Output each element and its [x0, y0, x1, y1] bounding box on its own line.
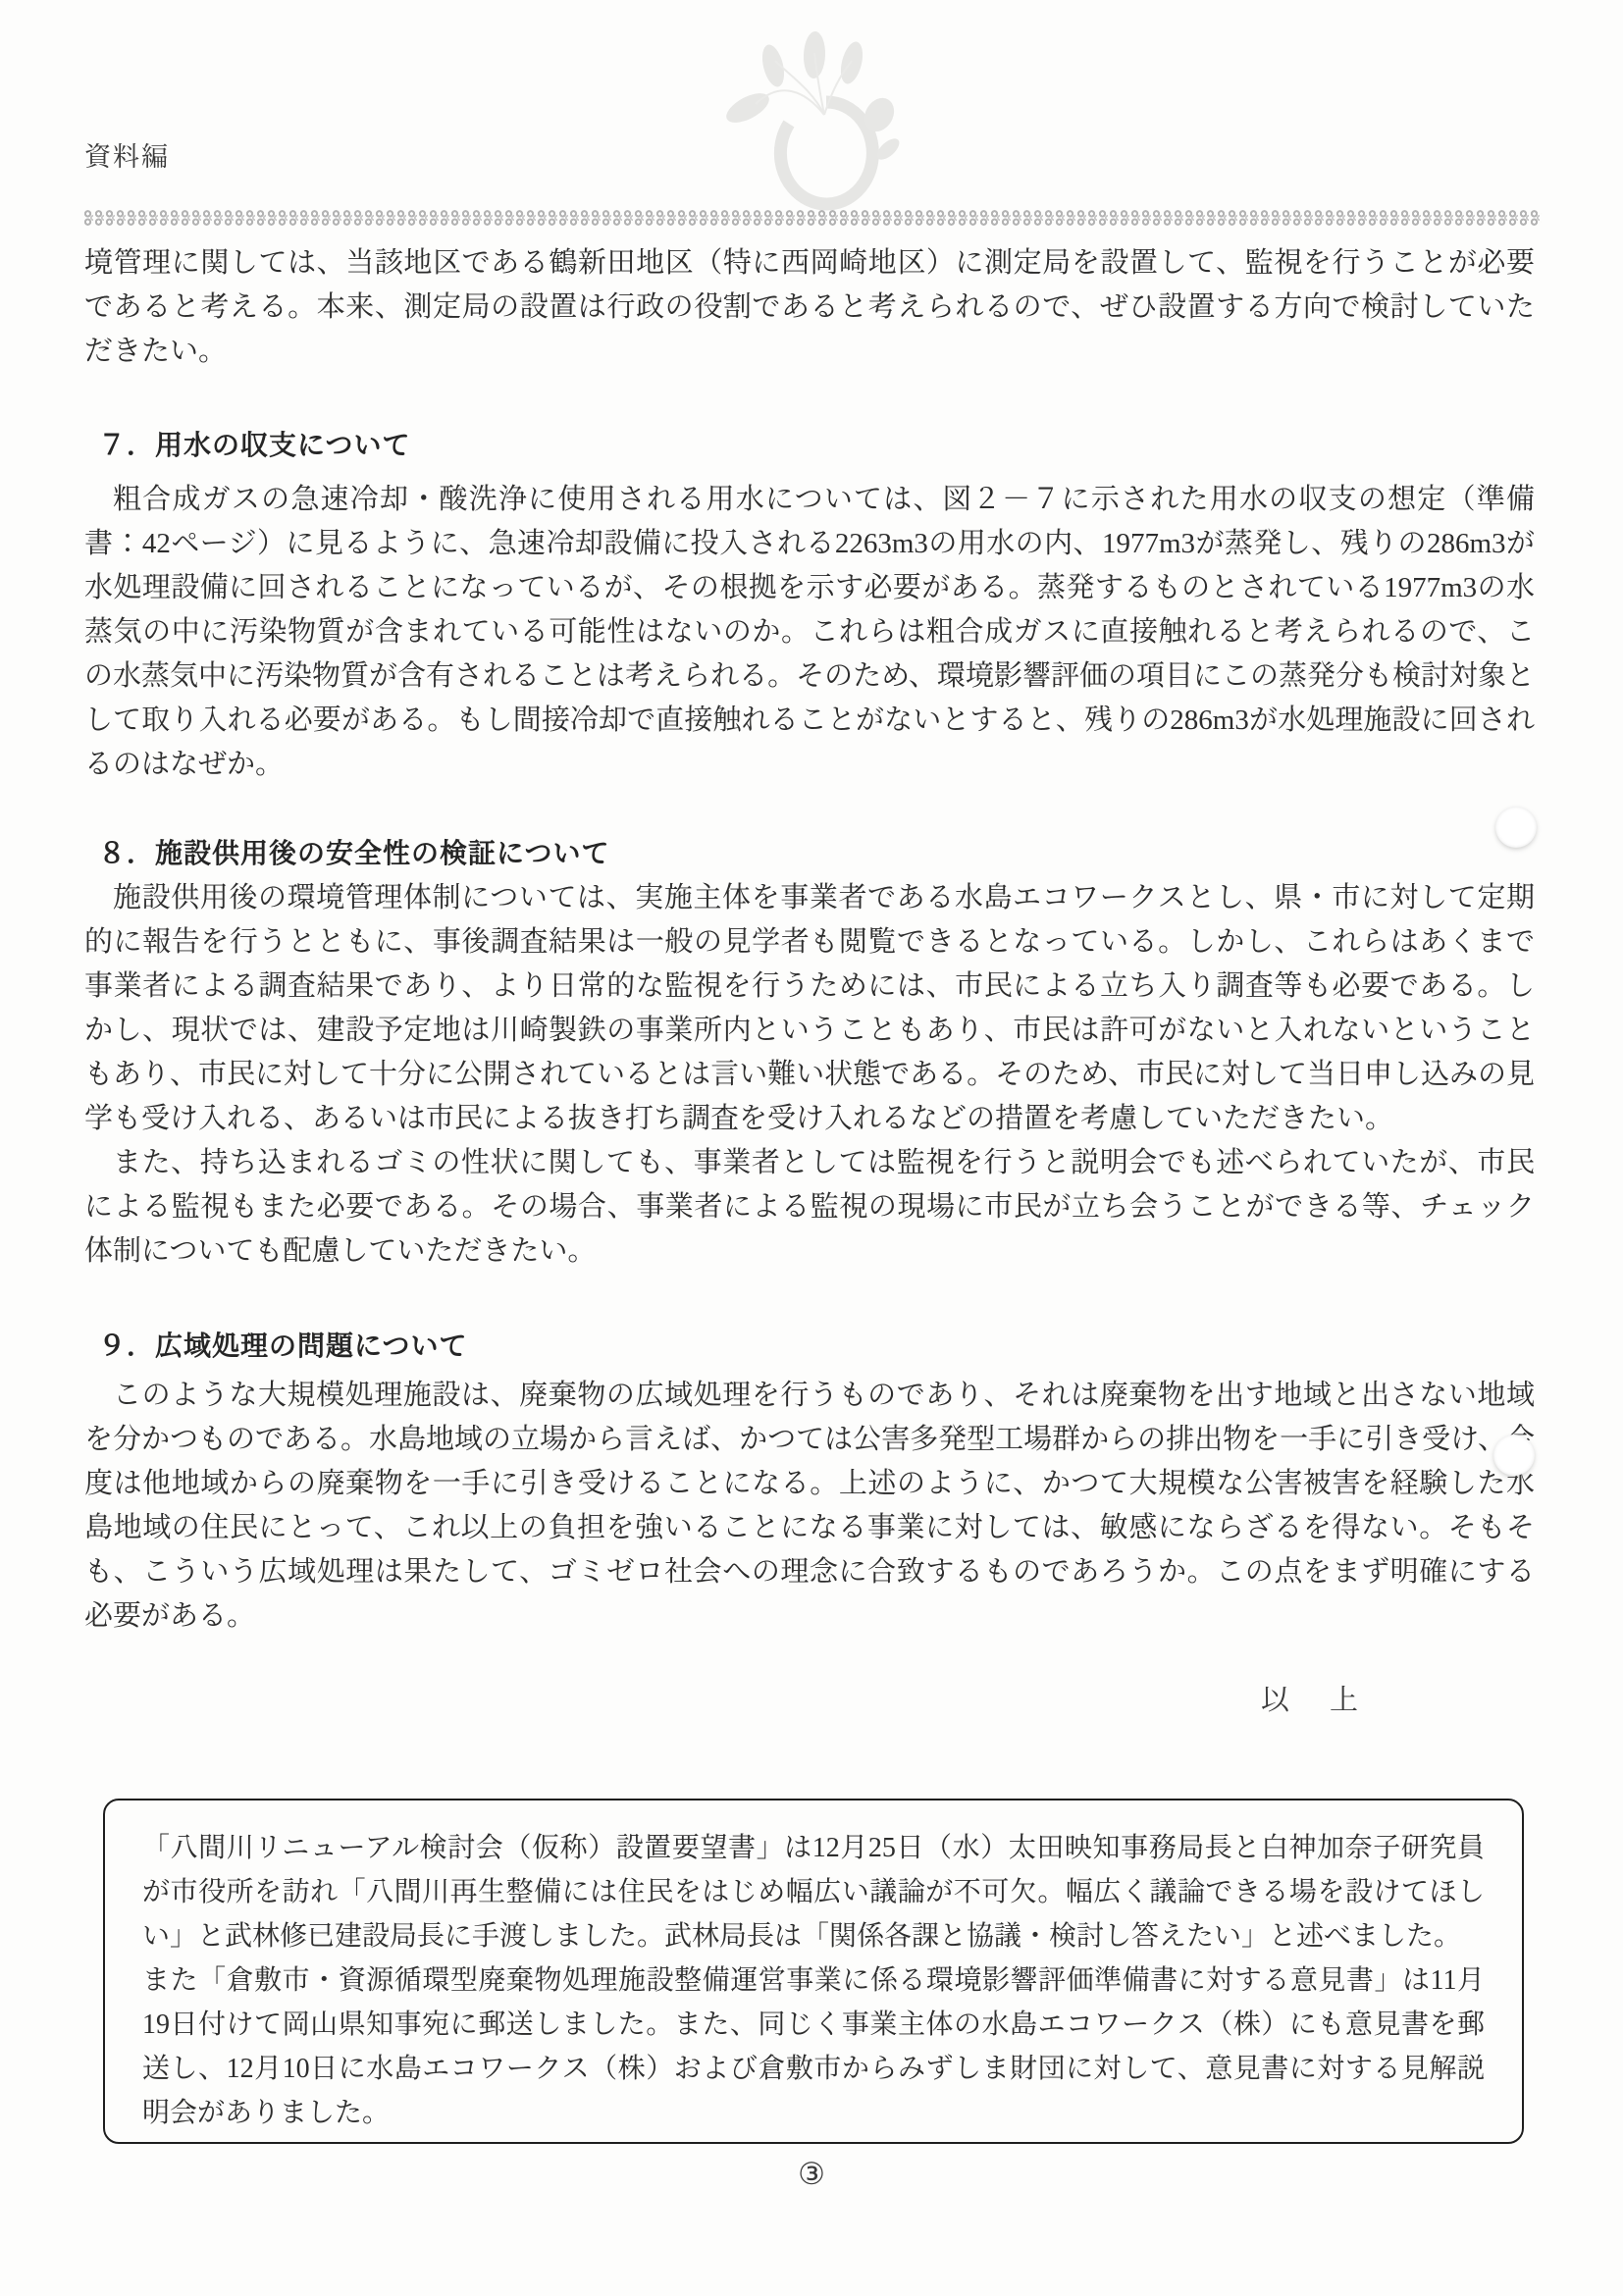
- leaf-sprout-watermark-icon: [687, 22, 932, 213]
- closing-label: 以 上: [1261, 1678, 1364, 1718]
- page-title: 資料編: [84, 135, 170, 174]
- document-page: 資料編 境管理に関しては、当該地区である鶴新田地区（特に西岡崎地区）に測定局を設…: [0, 0, 1623, 2296]
- section-8-heading: ８．施設供用後の安全性の検証について: [98, 832, 609, 871]
- section-8-paragraph-2: また、持ち込まれるゴミの性状に関しても、事業者としては監視を行うと説明会でも述べ…: [84, 1141, 1535, 1274]
- notice-box-paragraph-2: また「倉敷市・資源循環型廃棄物処理施設整備運営事業に係る環境影響評価準備書に対す…: [142, 1958, 1485, 2135]
- intro-paragraph: 境管理に関しては、当該地区である鶴新田地区（特に西岡崎地区）に測定局を設置して、…: [84, 241, 1535, 374]
- section-8-paragraph-1: 施設供用後の環境管理体制については、実施主体を事業者である水島エコワークスとし、…: [84, 876, 1535, 1141]
- chain-divider: [82, 209, 1542, 227]
- section-9-paragraph: このような大規模処理施設は、廃棄物の広域処理を行うものであり、それは廃棄物を出す…: [84, 1374, 1535, 1639]
- notice-box-paragraph-1: 「八間川リニューアル検討会（仮称）設置要望書」は12月25日（水）太田映知事務局…: [142, 1826, 1485, 1958]
- notice-box: 「八間川リニューアル検討会（仮称）設置要望書」は12月25日（水）太田映知事務局…: [103, 1799, 1524, 2144]
- section-7-heading: ７．用水の収支について: [98, 424, 410, 463]
- section-9-heading: ９．広域処理の問題について: [98, 1325, 467, 1364]
- hole-punch-artifact: [1495, 807, 1537, 848]
- hole-punch-artifact: [1493, 1435, 1535, 1476]
- page-number: ③: [0, 2157, 1623, 2192]
- section-7-paragraph: 粗合成ガスの急速冷却・酸洗浄に使用される用水については、図２－７に示された用水の…: [84, 478, 1535, 787]
